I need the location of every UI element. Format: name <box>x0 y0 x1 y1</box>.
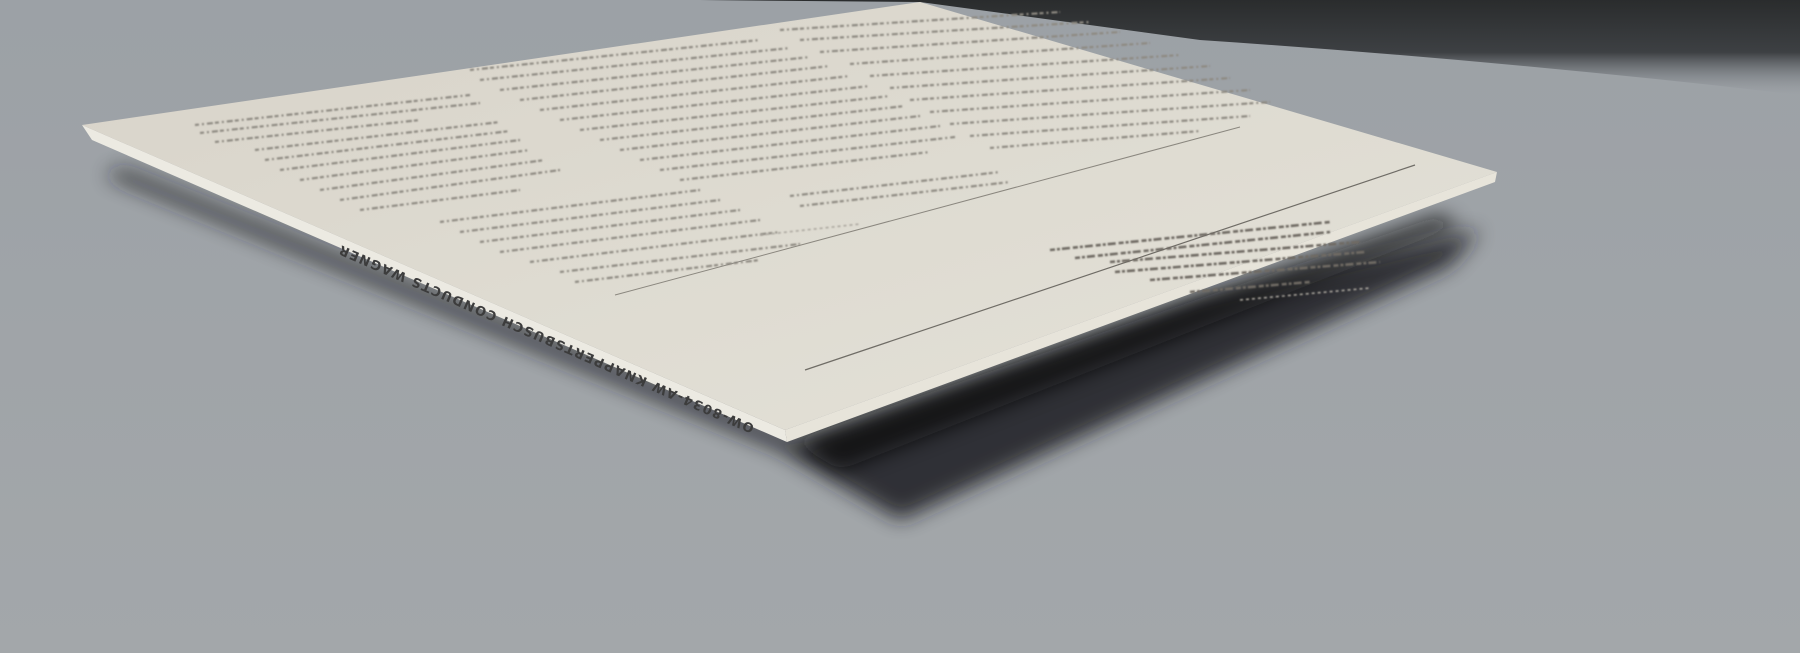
photo-scene: OW-8034-AW KNAPPERTSBUSCH CONDUCTS WAGNE… <box>0 0 1800 653</box>
